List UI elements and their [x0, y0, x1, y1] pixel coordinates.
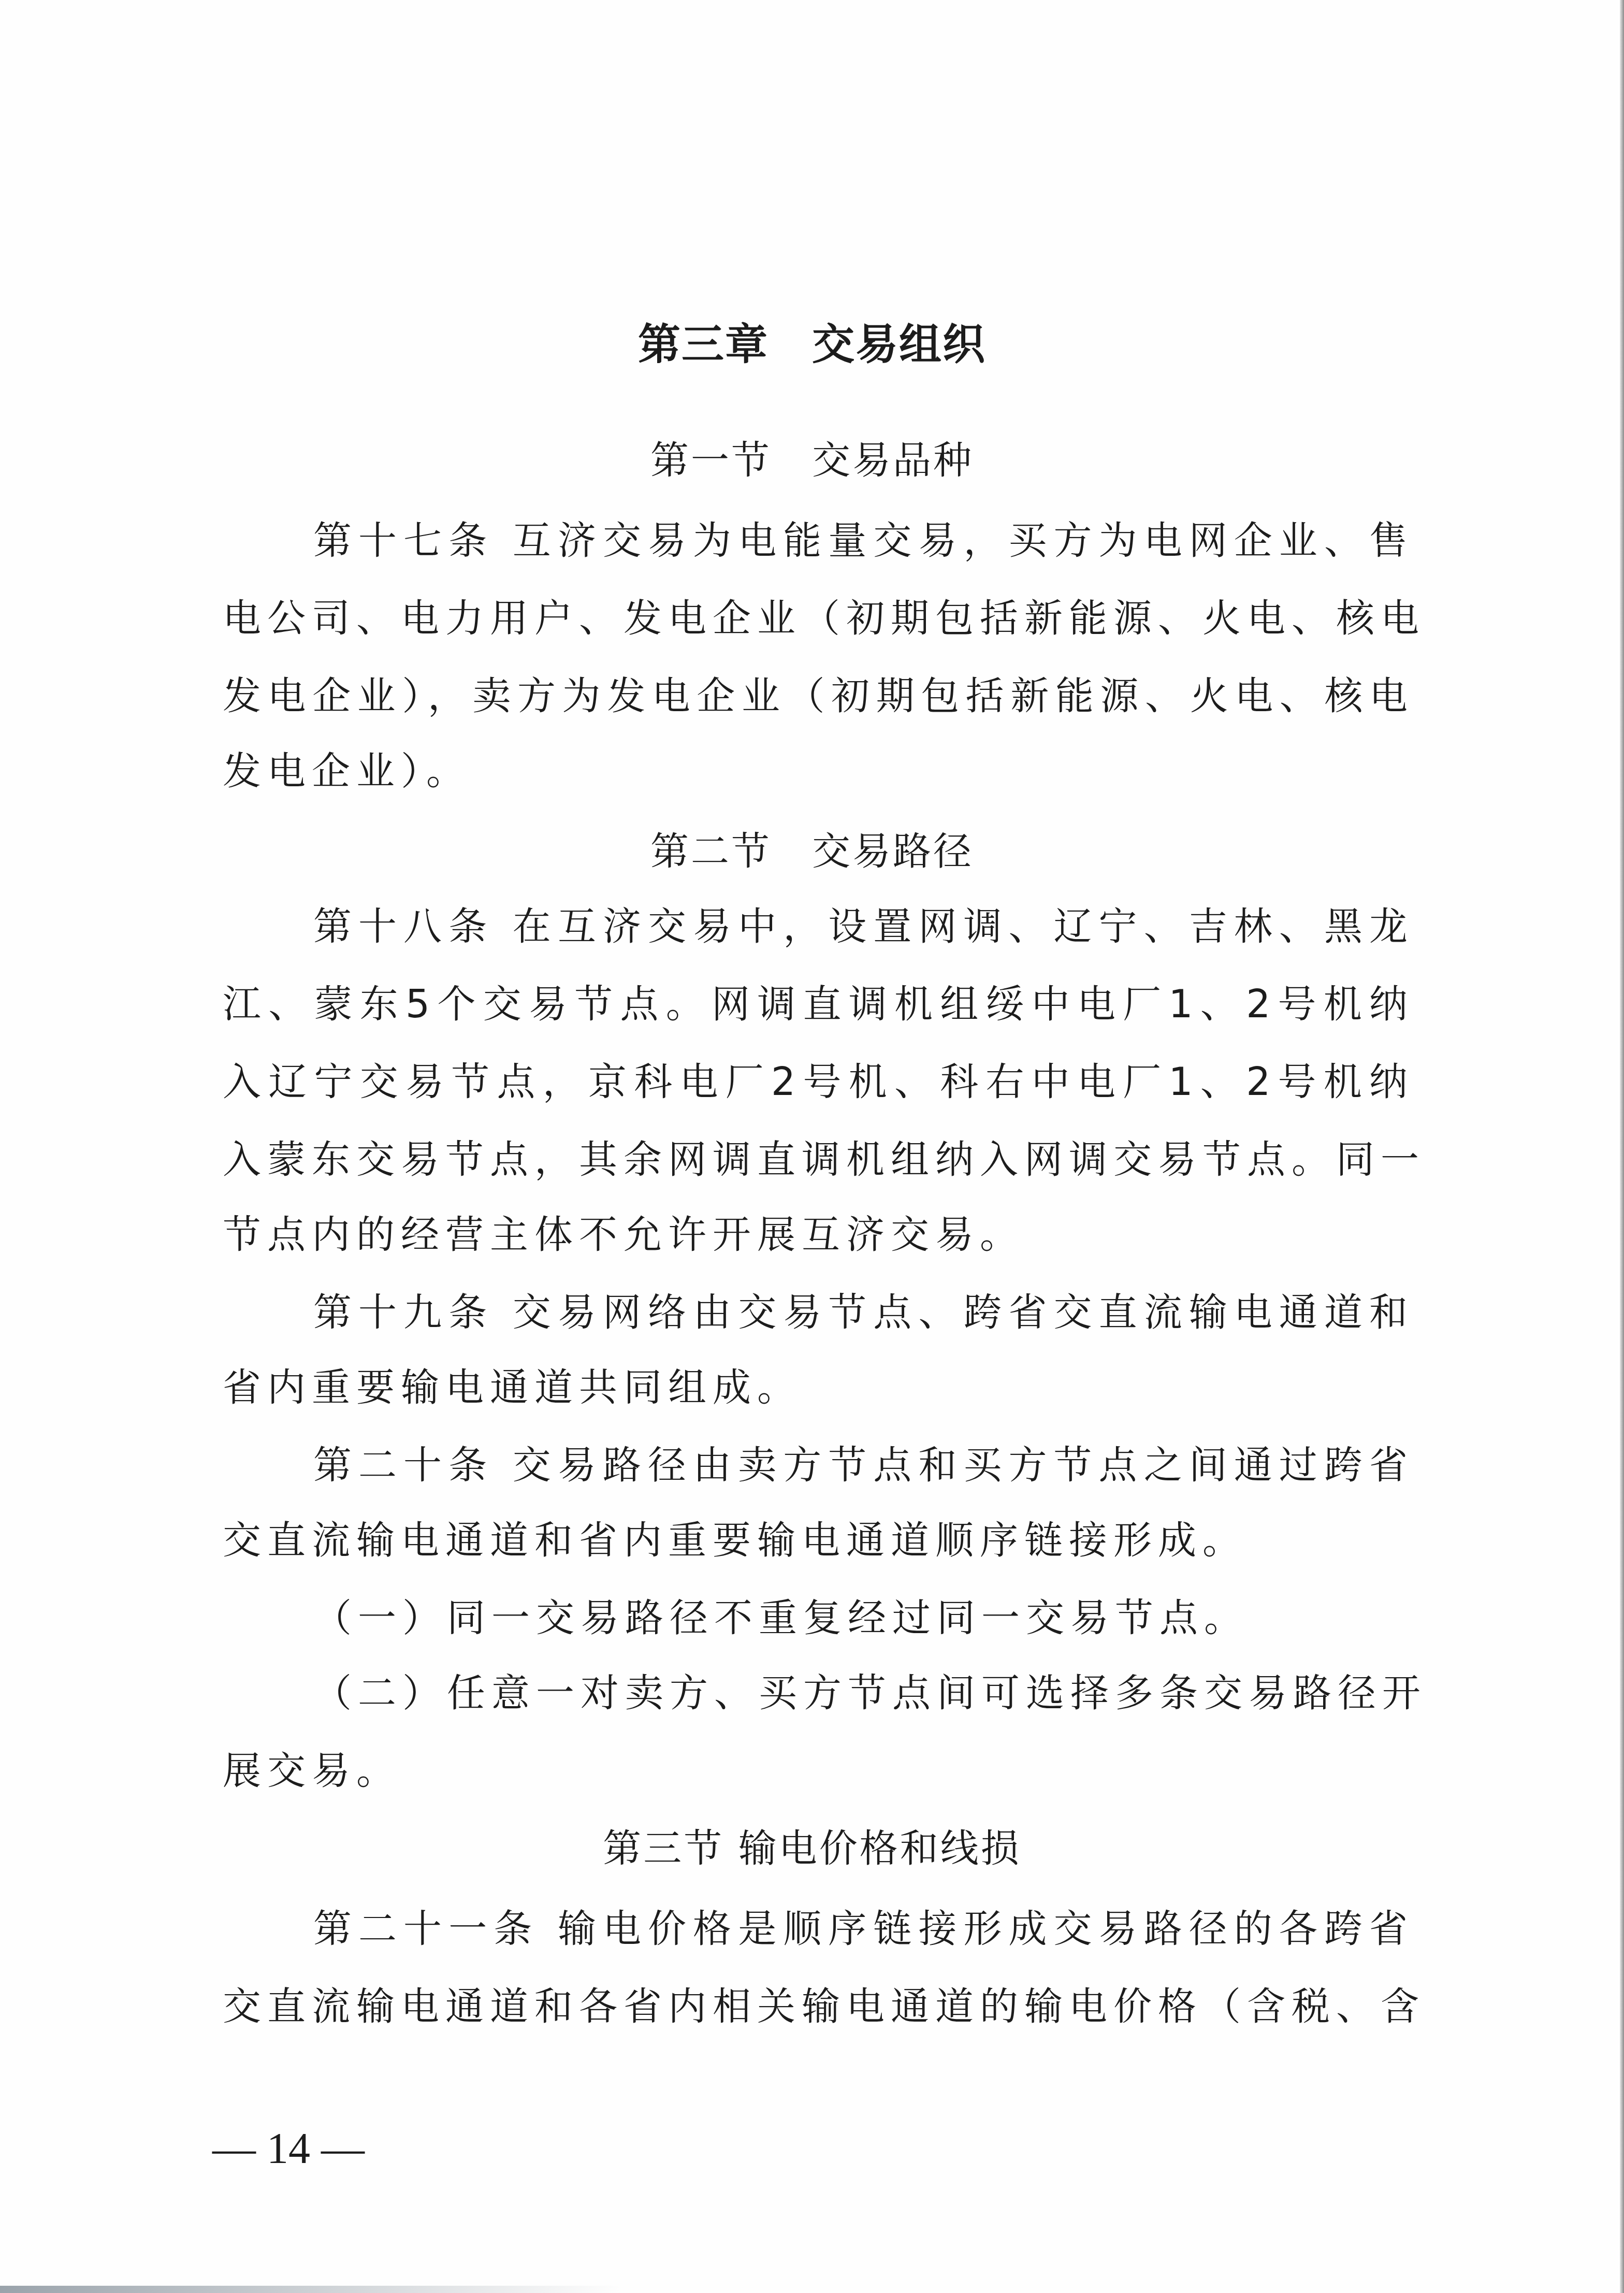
article-20-item-1: （一）同一交易路径不重复经过同一交易节点。	[313, 1588, 1414, 1642]
article-19-line-2: 省内重要输电通道共同组成。	[223, 1357, 1414, 1412]
article-18-line-2: 江、蒙东5个交易节点。网调直调机组绥中电厂1、2号机纳	[223, 974, 1414, 1029]
article-18-line-5: 节点内的经营主体不允许开展互济交易。	[223, 1204, 1414, 1259]
article-20-item-2-line-2: 展交易。	[223, 1740, 1414, 1795]
article-20-item-2-line-1: （二）任意一对卖方、买方节点间可选择多条交易路径开	[313, 1663, 1414, 1718]
article-17-line-3: 发电企业），卖方为发电企业（初期包括新能源、火电、核电	[223, 666, 1414, 720]
section-title-1: 第一节 交易品种	[0, 430, 1624, 485]
article-18-line-1: 第十八条 在互济交易中，设置网调、辽宁、吉林、黑龙	[313, 896, 1414, 951]
article-18-line-4: 入蒙东交易节点，其余网调直调机组纳入网调交易节点。同一	[223, 1129, 1414, 1184]
article-17-line-2: 电公司、电力用户、发电企业（初期包括新能源、火电、核电	[223, 588, 1414, 643]
section-title-3: 第三节 输电价格和线损	[0, 1818, 1624, 1873]
document-page: 第三章 交易组织 第一节 交易品种 第十七条 互济交易为电能量交易，买方为电网企…	[0, 0, 1624, 2293]
article-21-line-1: 第二十一条 输电价格是顺序链接形成交易路径的各跨省	[313, 1898, 1414, 1953]
chapter-title: 第三章 交易组织	[0, 311, 1624, 371]
article-21-line-2: 交直流输电通道和各省内相关输电通道的输电价格（含税、含	[223, 1976, 1414, 2031]
section-title-2: 第二节 交易路径	[0, 821, 1624, 876]
article-17-line-4: 发电企业）。	[223, 741, 1414, 796]
article-18-line-3: 入辽宁交易节点，京科电厂2号机、科右中电厂1、2号机纳	[223, 1051, 1414, 1106]
article-17-line-1: 第十七条 互济交易为电能量交易，买方为电网企业、售	[313, 510, 1414, 565]
article-20-line-1: 第二十条 交易路径由卖方节点和买方节点之间通过跨省	[313, 1435, 1414, 1490]
article-19-line-1: 第十九条 交易网络由交易节点、跨省交直流输电通道和	[313, 1282, 1414, 1337]
scan-shadow	[0, 2286, 621, 2293]
article-20-line-2: 交直流输电通道和省内重要输电通道顺序链接形成。	[223, 1510, 1414, 1565]
page-number: — 14 —	[212, 2124, 365, 2174]
